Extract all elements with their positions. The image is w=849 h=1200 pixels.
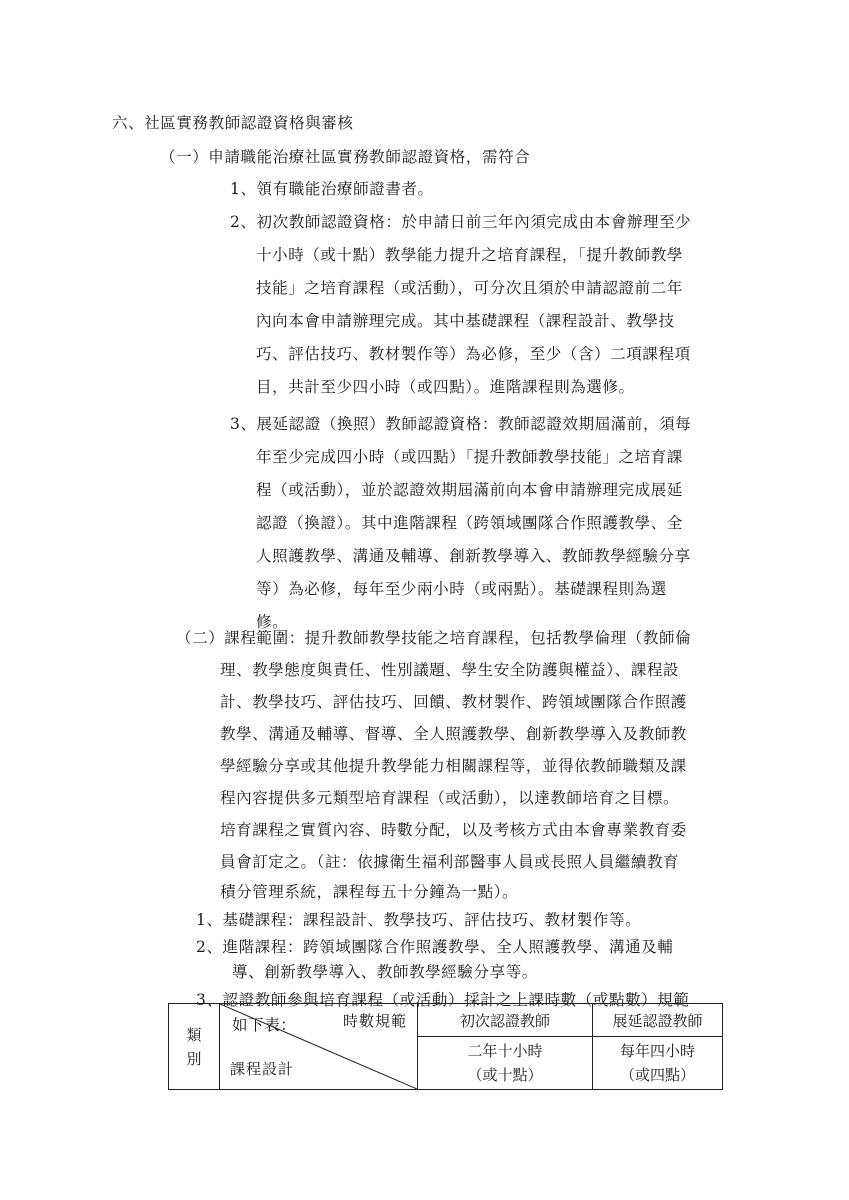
item-line: 人照護教學、溝通及輔導、創新教學導入、教師教學經驗分享 <box>256 546 691 566</box>
section-title: 六、社區實務教師認證資格與審核 <box>112 113 354 133</box>
category-cell: 類 別 <box>169 1004 220 1090</box>
cell-renewal-hours: 每年四小時 （或四點） <box>593 1037 723 1090</box>
cell-line: 每年四小時 <box>593 1039 722 1063</box>
item-line: 程（或活動），並於認證效期屆滿前向本會申請辦理完成展延 <box>256 480 683 500</box>
para-line: 程內容提供多元類型培育課程（或活動），以達教師培育之目標。 <box>220 788 679 808</box>
item-line: 認證（換證）。其中進階課程（跨領域團隊合作照護教學、全 <box>256 513 683 533</box>
diag-top-right-label: 時數規範 <box>343 1010 407 1031</box>
part1-item-1: 1、領有職能治療師證書者。 <box>230 179 434 199</box>
para-line: 教學、溝通及輔導、督導、全人照護教學、創新教學導入及教師教 <box>220 724 687 744</box>
para-line: 培育課程之實質內容、時數分配，以及考核方式由本會專業教育委 <box>220 820 687 840</box>
cell-initial-hours: 二年十小時 （或十點） <box>418 1037 593 1090</box>
para-line: 計、教學技巧、評估技巧、回饋、教材製作、跨領域團隊合作照護 <box>220 692 687 712</box>
item-line: 巧、評估技巧、教材製作等）為必修，至少（含）二項課程項 <box>256 344 691 364</box>
item-line: 內向本會申請辦理完成。其中基礎課程（課程設計、教學技 <box>256 311 675 331</box>
para-line: （二）課程範圍：提升教師教學技能之培育課程，包括教學倫理（教師倫 <box>176 628 691 648</box>
part2-sub-item-1: 1、基礎課程：課程設計、教學技巧、評估技巧、教材製作等。 <box>196 910 641 930</box>
para-line: 積分管理系統，課程每五十分鐘為一點）。 <box>220 882 518 902</box>
category-label-bottom: 別 <box>169 1047 219 1071</box>
para-line: 學經驗分享或其他提升教學能力相關課程等，並得依教師職類及課 <box>220 756 687 776</box>
diag-bottom-left-label: 課程設計 <box>230 1058 294 1079</box>
part1-heading: （一）申請職能治療社區實務教師認證資格，需符合 <box>160 147 530 167</box>
para-line: 理、教學態度與責任、性別議題、學生安全防護與權益）、課程設 <box>220 660 679 680</box>
cell-line: （或四點） <box>593 1063 722 1087</box>
item-line: 十小時（或十點）教學能力提升之培育課程，「提升教師教學 <box>256 245 683 265</box>
category-label-top: 類 <box>169 1023 219 1047</box>
cell-line: 二年十小時 <box>418 1039 592 1063</box>
col-header-renewal: 展延認證教師 <box>593 1004 723 1037</box>
cell-line: （或十點） <box>418 1063 592 1087</box>
item-line: 2、初次教師認證資格：於申請日前三年內須完成由本會辦理至少 <box>230 212 720 232</box>
part2-sub-item-2-cont: 導、創新教學導入、教師教學經驗分享等。 <box>232 962 538 982</box>
para-line: 員會訂定之。（註：依據衛生福利部醫事人員或長照人員繼續教育 <box>220 852 679 872</box>
hours-table: 類 別 時數規範 課程設計 初次認證教師 展延認證教師 二年十小時 （或十點） … <box>168 1003 723 1090</box>
item-line: 技能」之培育課程（或活動），可分次且須於申請認證前二年 <box>256 278 683 298</box>
diagonal-header-cell: 時數規範 課程設計 <box>220 1004 418 1090</box>
item-line: 等）為必修，每年至少兩小時（或兩點）。基礎課程則為選 <box>256 579 667 599</box>
item-line: 目，共計至少四小時（或四點）。進階課程則為選修。 <box>256 377 635 397</box>
col-header-initial: 初次認證教師 <box>418 1004 593 1037</box>
item-line: 年至少完成四小時（或四點）「提升教師教學技能」之培育課 <box>256 447 683 467</box>
part2-sub-item-2: 2、進階課程：跨領域團隊合作照護教學、全人照護教學、溝通及輔 <box>196 937 673 957</box>
item-line: 3、展延認證（換照）教師認證資格：教師認證效期屆滿前，須每 <box>230 414 691 434</box>
